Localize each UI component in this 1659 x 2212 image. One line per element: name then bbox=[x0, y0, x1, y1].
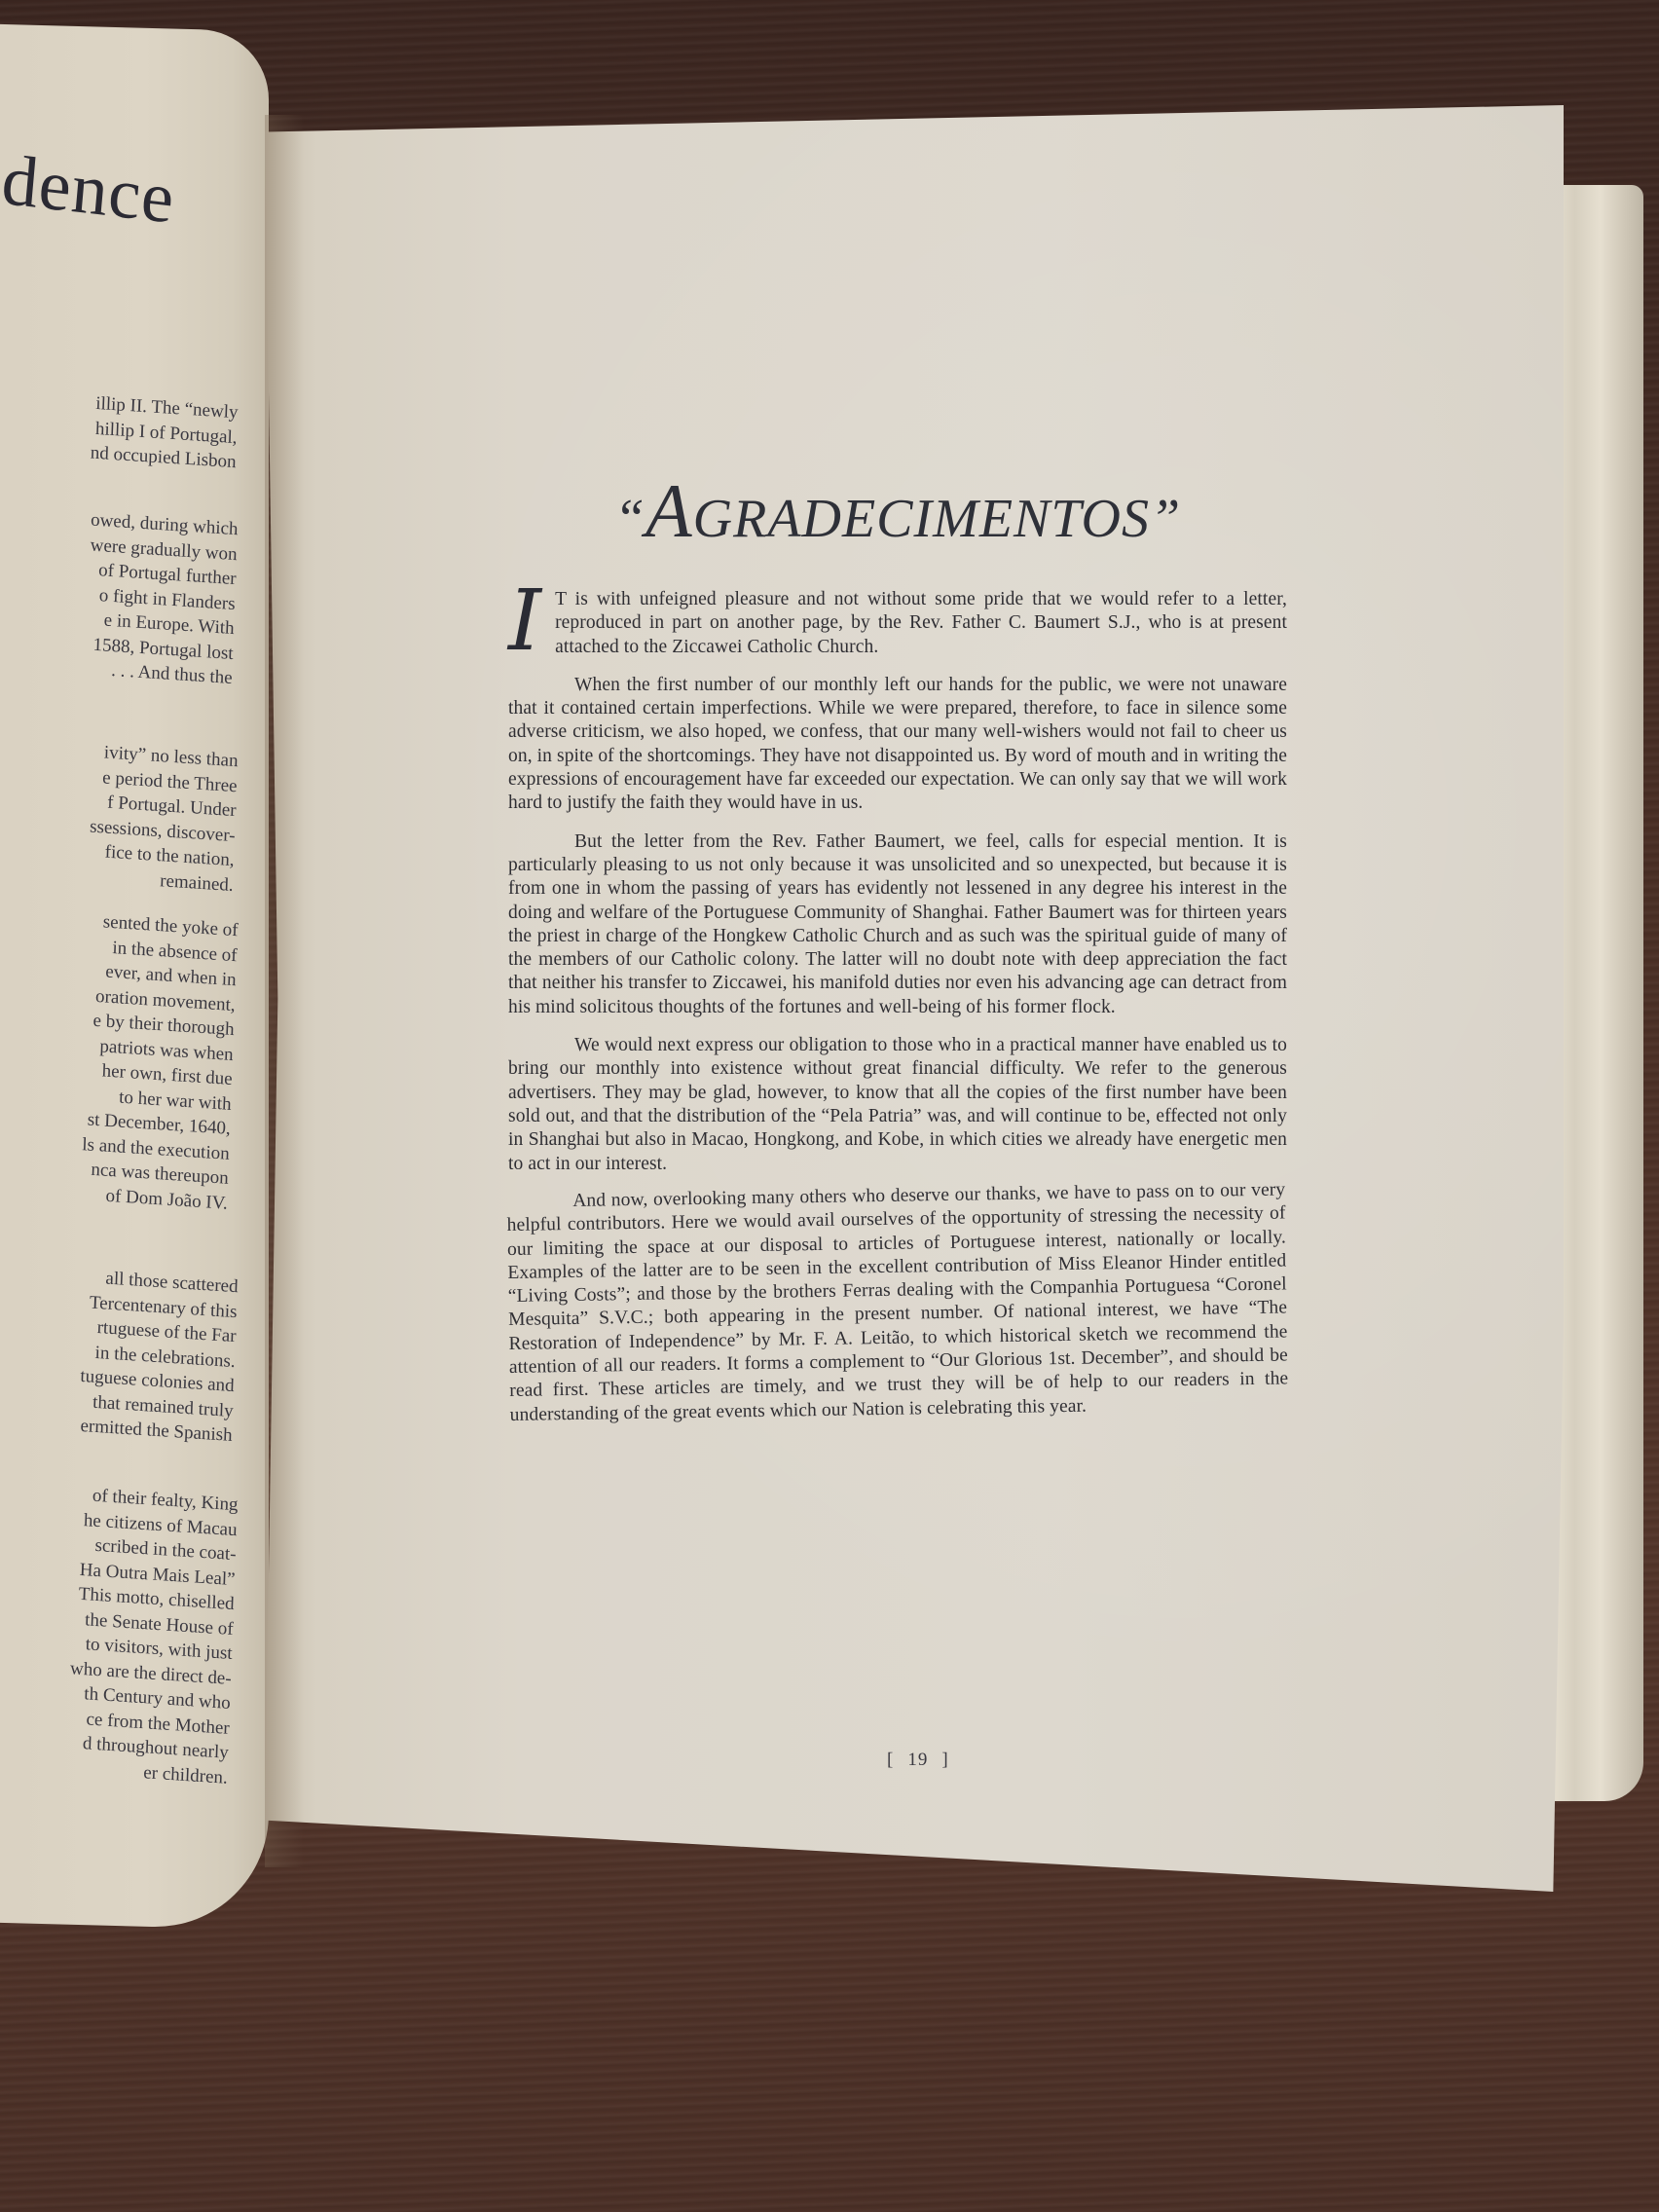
left-page-text-block: of their fealty, King he citizens of Mac… bbox=[0, 1478, 239, 1790]
article-paragraph: We would next express our obligation to … bbox=[508, 1034, 1287, 1176]
drop-cap: I bbox=[508, 590, 541, 652]
book-gutter bbox=[265, 115, 304, 1867]
left-page-text-block: all those scattered Tercentenary of this… bbox=[0, 1260, 239, 1449]
left-page-text-block: owed, during which were gradually won of… bbox=[0, 502, 239, 691]
article-paragraph: And now, overlooking many others who des… bbox=[506, 1178, 1289, 1427]
left-page-text-block: ivity” no less than e period the Three f… bbox=[0, 734, 239, 899]
article-paragraph: When the first number of our monthly lef… bbox=[508, 674, 1287, 816]
article-paragraph: But the letter from the Rev. Father Baum… bbox=[508, 830, 1287, 1019]
left-page: dence illip II. The “newly hillip I of P… bbox=[0, 23, 269, 1930]
article-paragraph: IT is with unfeigned pleasure and not wi… bbox=[508, 588, 1287, 659]
left-page-text-block: sented the yoke of in the absence of eve… bbox=[0, 903, 239, 1216]
article: “AGRADECIMENTOS” IT is with unfeigned pl… bbox=[508, 467, 1287, 1442]
left-page-text-block: illip II. The “newly hillip I of Portuga… bbox=[0, 386, 239, 475]
left-page-heading-fragment: dence bbox=[0, 139, 178, 241]
article-title: “AGRADECIMENTOS” bbox=[508, 467, 1287, 555]
page-number: [19] bbox=[873, 1750, 963, 1771]
